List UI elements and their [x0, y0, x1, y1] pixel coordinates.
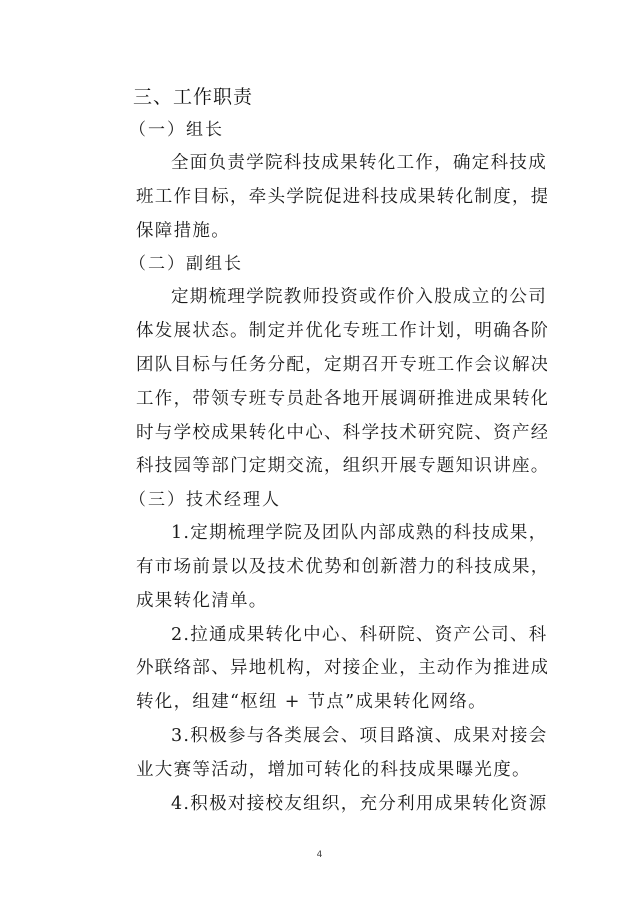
- text-line: 时与学校成果转化中心、科学技术研究院、资产经营公司、: [101, 417, 547, 451]
- paragraph-tech-manager-item-2: 2.拉通成果转化中心、科研院、资产公司、科技园、对 外联络部、异地机构，对接企业…: [101, 619, 547, 720]
- text-line: 保障措施。: [101, 215, 547, 249]
- document-page: 三、工作职责 （一）组长 全面负责学院科技成果转化工作，确定科技成果转化专 班工…: [0, 0, 639, 904]
- subsection-title-technology-manager: （三）技术经理人: [101, 484, 547, 517]
- text-line: 外联络部、异地机构，对接企业，主动作为推进成果的落地: [101, 652, 547, 686]
- paragraph-leader-duties: 全面负责学院科技成果转化工作，确定科技成果转化专 班工作目标，牵头学院促进科技成…: [101, 147, 547, 248]
- paragraph-tech-manager-item-4: 4.积极对接校友组织，充分利用成果转化资源。: [101, 788, 547, 822]
- text-line: 3.积极参与各类展会、项目路演、成果对接会、创新创: [101, 720, 547, 754]
- text-line: 工作，带领专班专员赴各地开展调研推进成果转化工作，同: [101, 383, 547, 417]
- text-line: 团队目标与任务分配，定期召开专班工作会议解决专班日常: [101, 349, 547, 383]
- text-line: 班工作目标，牵头学院促进科技成果转化制度，提供必要的: [101, 181, 547, 215]
- document-body: 三、工作职责 （一）组长 全面负责学院科技成果转化工作，确定科技成果转化专 班工…: [101, 80, 547, 821]
- text-line: 业大赛等活动，增加可转化的科技成果曝光度。: [101, 754, 547, 788]
- text-line: 科技园等部门定期交流，组织开展专题知识讲座。: [101, 450, 547, 484]
- paragraph-tech-manager-item-1: 1.定期梳理学院及团队内部成熟的科技成果，充分挖掘 有市场前景以及技术优势和创新…: [101, 517, 547, 618]
- section-title: 三、工作职责: [101, 80, 547, 114]
- text-line: 4.积极对接校友组织，充分利用成果转化资源。: [101, 788, 547, 822]
- text-line: 有市场前景以及技术优势和创新潜力的科技成果，建立科技: [101, 551, 547, 585]
- subsection-title-deputy-leader: （二）副组长: [101, 248, 547, 281]
- text-line: 成果转化清单。: [101, 585, 547, 619]
- text-line: 2.拉通成果转化中心、科研院、资产公司、科技园、对: [101, 619, 547, 653]
- subsection-title-leader: （一）组长: [101, 114, 547, 147]
- page-number: 4: [0, 850, 639, 860]
- paragraph-tech-manager-item-3: 3.积极参与各类展会、项目路演、成果对接会、创新创 业大赛等活动，增加可转化的科…: [101, 720, 547, 788]
- text-line: 转化，组建“枢纽 + 节点”成果转化网络。: [101, 686, 547, 720]
- paragraph-deputy-duties: 定期梳理学院教师投资或作价入股成立的公司，掌握整 体发展状态。制定并优化专班工作…: [101, 281, 547, 484]
- text-line: 1.定期梳理学院及团队内部成熟的科技成果，充分挖掘: [101, 517, 547, 551]
- text-line: 体发展状态。制定并优化专班工作计划，明确各阶段学院及: [101, 315, 547, 349]
- text-line: 全面负责学院科技成果转化工作，确定科技成果转化专: [101, 147, 547, 181]
- text-line: 定期梳理学院教师投资或作价入股成立的公司，掌握整: [101, 281, 547, 315]
